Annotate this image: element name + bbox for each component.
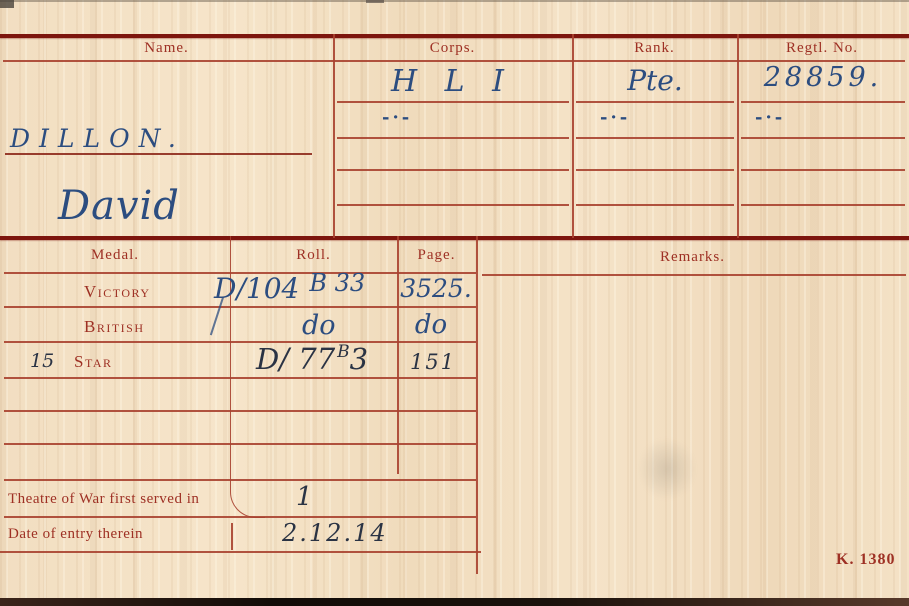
british-page-value: do: [398, 310, 464, 340]
medal-row-star-label: Star: [74, 352, 113, 372]
embossed-stamp-smudge: [638, 438, 696, 500]
remarks-header-underline: [482, 274, 906, 276]
scan-edge-mark: [366, 0, 384, 3]
surname-value: DILLON.: [10, 124, 185, 153]
date-row-tick: [231, 523, 233, 550]
ruled-line: [741, 204, 905, 206]
regtl-no-ditto-mark: -·-: [755, 107, 785, 128]
card-reference-number: K. 1380: [836, 551, 895, 569]
theatre-of-war-value: 1: [296, 482, 313, 512]
ruled-line: [576, 169, 734, 171]
ruled-line: [337, 204, 569, 206]
roll-column-header: Roll.: [230, 247, 397, 264]
rank-value: Pte.: [576, 64, 734, 97]
section-divider-rule: [0, 236, 909, 240]
name-column-header: Name.: [0, 40, 333, 57]
corps-value: H L I: [337, 64, 567, 99]
rank-column-header: Rank.: [572, 40, 737, 57]
rank-regtl-divider: [737, 34, 739, 238]
date-row-underline: [0, 551, 481, 553]
ruled-line: [337, 169, 569, 171]
scan-top-edge: [0, 0, 909, 2]
medal-row-star-qty: 15: [30, 350, 54, 372]
star-roll-value: D/ 77B3: [256, 342, 368, 376]
scan-bottom-edge: [0, 598, 909, 606]
corps-rank-divider: [572, 34, 574, 238]
theatre-of-war-label: Theatre of War first served in: [8, 491, 199, 508]
corps-column-header: Corps.: [333, 40, 572, 57]
ruled-line: [576, 101, 734, 103]
rank-ditto-mark: -·-: [600, 107, 630, 128]
roll-main: D/104: [214, 272, 299, 305]
page-remarks-divider: [476, 236, 478, 574]
date-of-entry-label: Date of entry therein: [8, 526, 143, 543]
medal-column-header: Medal.: [0, 247, 230, 264]
victory-page-value: 3525.: [398, 274, 474, 303]
roll-superscript: B: [337, 342, 350, 362]
corps-ditto-mark: -·-: [382, 107, 412, 128]
star-page-value: 151: [398, 350, 468, 374]
ruled-line: [337, 137, 569, 139]
british-roll-value: do: [302, 310, 336, 341]
roll-main: D/ 77: [256, 342, 335, 376]
regtl-no-column-header: Regtl. No.: [737, 40, 907, 57]
page-column-header: Page.: [397, 247, 476, 264]
regtl-no-value: 28859.: [741, 62, 905, 93]
ruled-line: [337, 101, 569, 103]
remarks-column-header: Remarks.: [476, 249, 909, 266]
scan-corner-mark: [0, 0, 14, 8]
surname-writing-line: [5, 153, 312, 155]
forename-value: David: [58, 183, 180, 229]
medal-row-victory-label: Victory: [84, 282, 151, 302]
ruled-line: [576, 137, 734, 139]
top-heavy-rule: [0, 34, 909, 38]
ruled-line: [741, 137, 905, 139]
medal-index-card: Name. Corps. Rank. Regtl. No. DILLON. Da…: [0, 0, 909, 606]
ruled-line: [741, 169, 905, 171]
victory-roll-value: D/104B 33: [214, 272, 365, 305]
date-of-entry-value: 2.12.14: [282, 519, 388, 547]
theatre-row-underline: [4, 516, 476, 518]
roll-raised-part: B 33: [309, 269, 365, 297]
roll-tail: 3: [350, 342, 368, 376]
medal-row-british-label: British: [84, 317, 145, 337]
ruled-line: [576, 204, 734, 206]
name-corps-divider: [333, 34, 335, 238]
ruled-line: [741, 101, 905, 103]
